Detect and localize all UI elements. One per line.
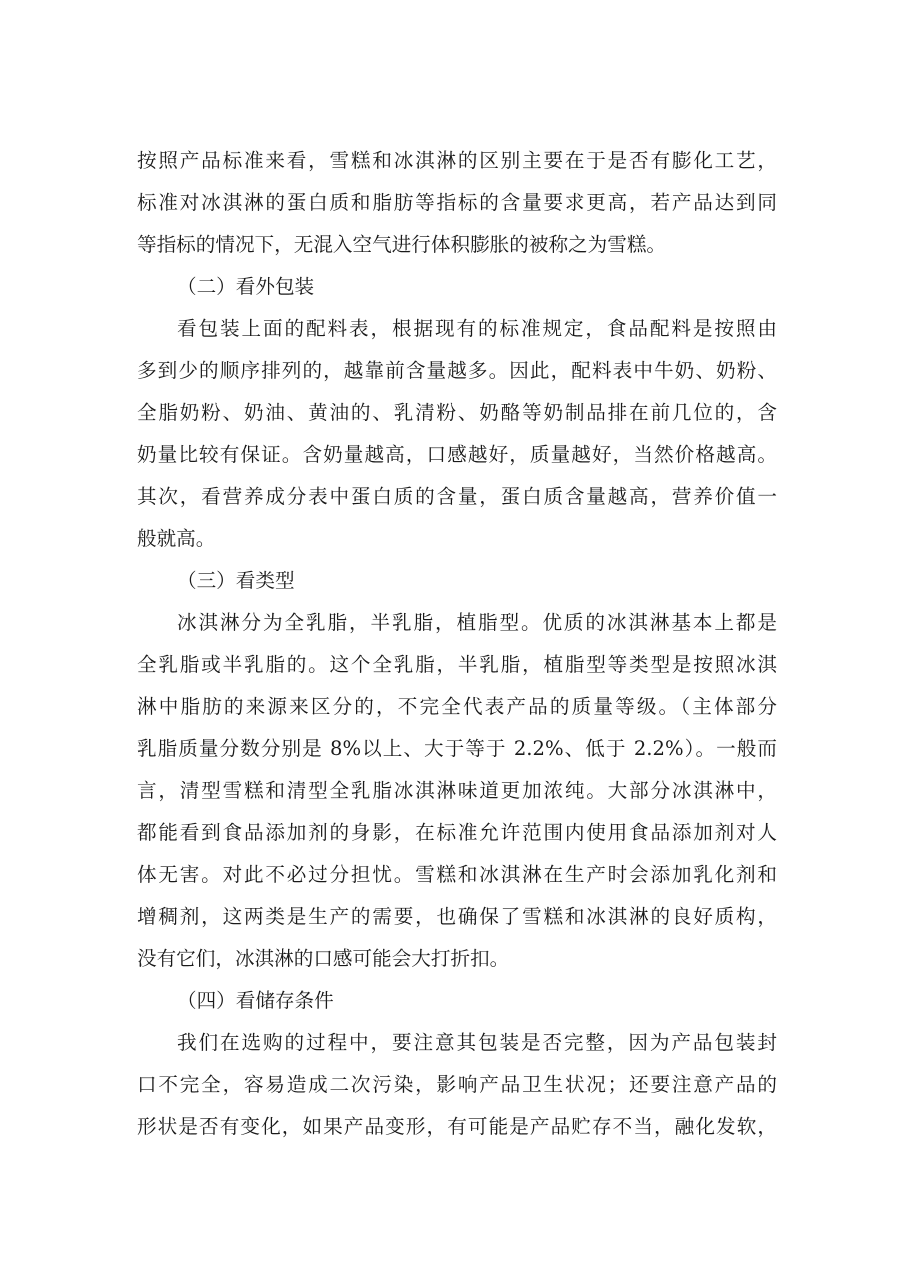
text-line: 般就高。: [137, 518, 777, 560]
text-line: 冰淇淋分为全乳脂，半乳脂，植脂型。优质的冰淇淋基本上都是: [137, 602, 777, 644]
text-line: 等指标的情况下，无混入空气进行体积膨胀的被称之为雪糕。: [137, 224, 777, 266]
text-line: 我们在选购的过程中，要注意其包装是否完整，因为产品包装封: [137, 1022, 777, 1064]
text-line: 言，清型雪糕和清型全乳脂冰淇淋味道更加浓纯。大部分冰淇淋中，: [137, 770, 777, 812]
text-line: 口不完全，容易造成二次污染，影响产品卫生状况；还要注意产品的: [137, 1064, 777, 1106]
text-line: 都能看到食品添加剂的身影，在标准允许范围内使用食品添加剂对人: [137, 812, 777, 854]
text-line: 没有它们，冰淇淋的口感可能会大打折扣。: [137, 938, 777, 980]
text-line: 淋中脂肪的来源来区分的，不完全代表产品的质量等级。（主体部分: [137, 686, 777, 728]
text-line: 按照产品标准来看，雪糕和冰淇淋的区别主要在于是否有膨化工艺，: [137, 140, 777, 182]
text-line: 全脂奶粉、奶油、黄油的、乳清粉、奶酪等奶制品排在前几位的，含: [137, 392, 777, 434]
text-line: 标准对冰淇淋的蛋白质和脂肪等指标的含量要求更高，若产品达到同: [137, 182, 777, 224]
document-page: 按照产品标准来看，雪糕和冰淇淋的区别主要在于是否有膨化工艺， 标准对冰淇淋的蛋白…: [137, 140, 777, 1148]
section-heading-storage: （四）看储存条件: [137, 980, 777, 1022]
text-line: 全乳脂或半乳脂的。这个全乳脂，半乳脂，植脂型等类型是按照冰淇: [137, 644, 777, 686]
section-heading-packaging: （二）看外包装: [137, 266, 777, 308]
text-line: 乳脂质量分数分别是 8%以上、大于等于 2.2%、低于 2.2%）。一般而: [137, 728, 777, 770]
text-line: 增稠剂，这两类是生产的需要，也确保了雪糕和冰淇淋的良好质构，: [137, 896, 777, 938]
text-line: 形状是否有变化，如果产品变形，有可能是产品贮存不当，融化发软，: [137, 1106, 777, 1148]
text-line: 其次，看营养成分表中蛋白质的含量，蛋白质含量越高，营养价值一: [137, 476, 777, 518]
section-heading-type: （三）看类型: [137, 560, 777, 602]
text-line: 看包装上面的配料表，根据现有的标准规定，食品配料是按照由: [137, 308, 777, 350]
text-line: 体无害。对此不必过分担忧。雪糕和冰淇淋在生产时会添加乳化剂和: [137, 854, 777, 896]
text-line: 奶量比较有保证。含奶量越高，口感越好，质量越好，当然价格越高。: [137, 434, 777, 476]
text-line: 多到少的顺序排列的，越靠前含量越多。因此，配料表中牛奶、奶粉、: [137, 350, 777, 392]
